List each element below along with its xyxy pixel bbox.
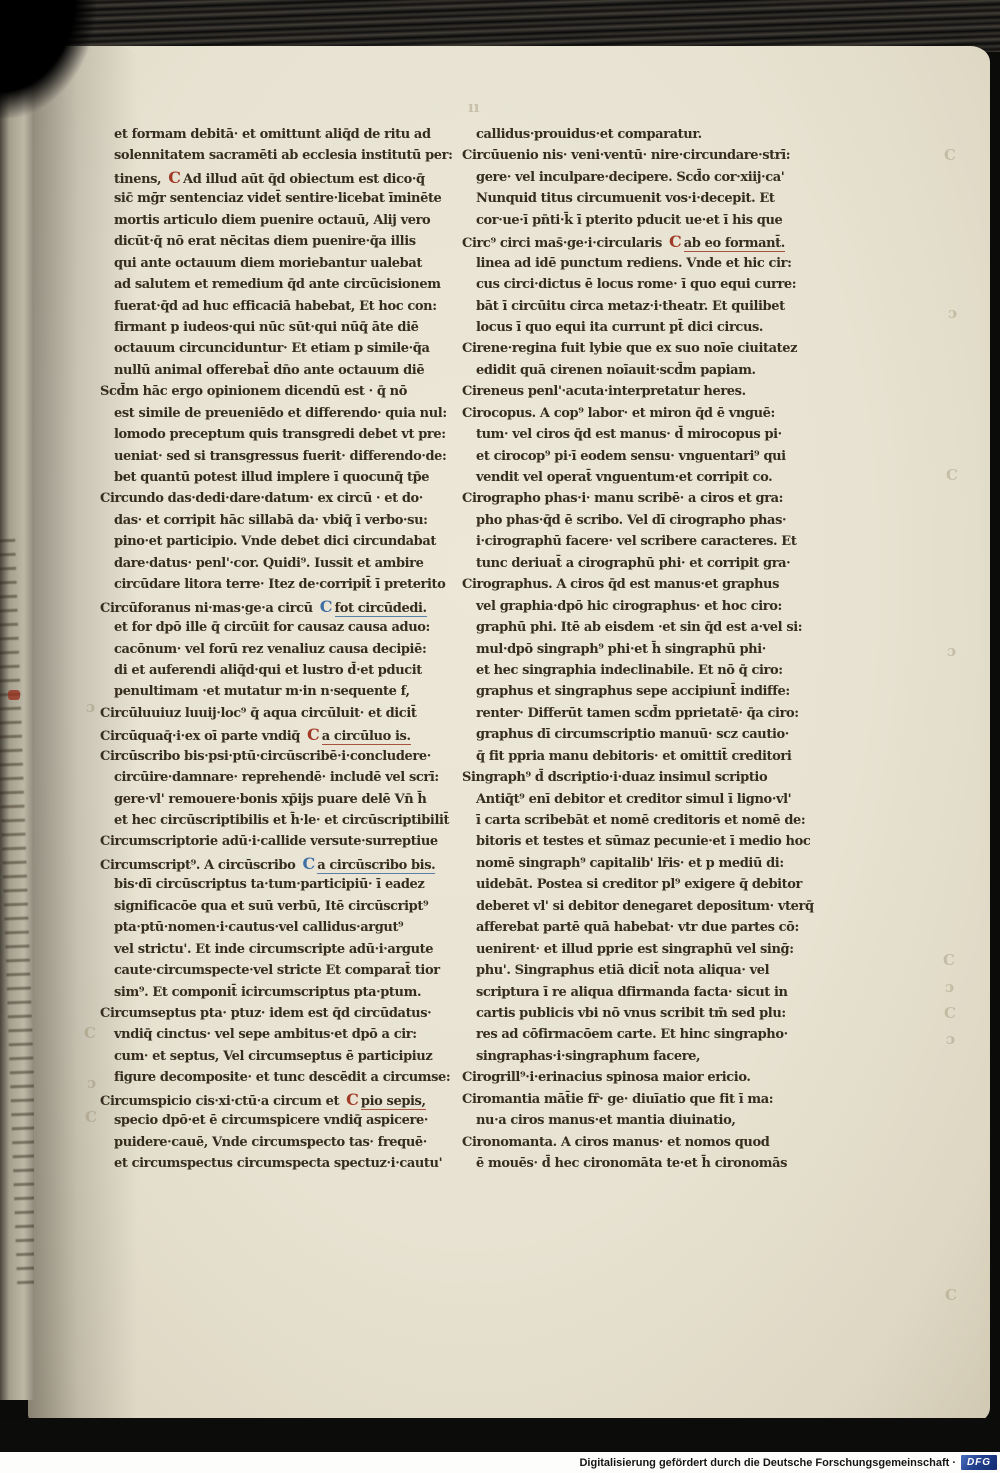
text-segment: Cireneus penl'·acuta·interpretatur heres…	[462, 384, 746, 399]
show-through-mark: C	[85, 1108, 97, 1126]
text-segment: cum· et septus, Vel circumseptus ē parti…	[114, 1049, 432, 1064]
text-segment: sic̄ mḡr sentenciaz videt̄ sentire·liceb…	[114, 191, 441, 206]
text-line: Circ⁹ circi mas̄·ge·i·circularis Cab eo …	[462, 231, 818, 252]
text-line: ad salutem et remedium q̄d ante circūcis…	[100, 274, 452, 295]
text-segment: Circumscript⁹. A circūscribo	[100, 858, 300, 873]
text-segment: ab eo formant̄.	[684, 236, 785, 252]
text-line: firmant p iudeos·qui nūc sūt·qui nūq̄ āt…	[100, 317, 452, 338]
text-segment: Circūscribo bis·psi·ptū·circūscribē·i·co…	[100, 749, 431, 764]
text-line: mortis articulo diem puenire octauū, Ali…	[100, 210, 452, 231]
text-line: est simile de preueniēdo et differendo· …	[100, 403, 452, 424]
text-line: Circumspicio cis·xi·ctū·a circum et Cpio…	[100, 1089, 452, 1110]
text-segment: bis·dī circūscriptus ta·tum·participiū· …	[114, 877, 424, 892]
text-segment: qui ante octauum diem moriebantur ualeba…	[114, 256, 422, 271]
text-segment: et formam debitā· et omittunt aliq̄d de …	[114, 127, 431, 142]
text-line: cartis publicis vbi nō vnus scribit tm̄ …	[462, 1003, 818, 1024]
text-segment: vel strictu'. Et inde circumscripte adū·…	[114, 942, 433, 957]
text-line: puidere·cauē, Vnde circumspecto tas· fre…	[100, 1132, 452, 1153]
previous-page-text-blur	[0, 528, 34, 1288]
text-segment: cacōnum· vel forū rez venaliuz causa dec…	[114, 642, 426, 657]
text-segment: ē mouēs· d̄ hec cironomāta te·et h̄ ciro…	[476, 1156, 787, 1171]
show-through-mark: C	[944, 1004, 956, 1022]
text-line: q̄ fit ppria manu debitoris· et omittit̄…	[462, 746, 818, 767]
text-line: figure decomposite· et tunc descēdit a c…	[100, 1067, 452, 1088]
text-line: Cirogrill⁹·i·erinacius spinosa maior eri…	[462, 1067, 818, 1088]
text-segment: et for dpō ille q̄ circūit for causaz ca…	[114, 620, 430, 635]
text-segment: Cironomanta. A ciros manus· et nomos quo…	[462, 1135, 769, 1150]
text-segment: graphus dī circumscriptio manuū· scz cau…	[476, 727, 789, 742]
text-segment: scriptura ī re aliqua dfirmanda facta· s…	[476, 985, 788, 1000]
show-through-mark: ɔ	[87, 1074, 96, 1092]
show-through-mark: C	[945, 1286, 957, 1304]
rubric-initial: C	[304, 725, 322, 744]
text-line: tum· vel ciros q̄d est manus· d̄ mirocop…	[462, 424, 818, 445]
previous-page-rubric-mark	[8, 690, 20, 700]
show-through-mark: C	[943, 951, 955, 969]
text-line: vndiq̄ cinctus· vel sepe ambitus·et dpō …	[100, 1024, 452, 1045]
text-segment: et hec circūscriptibilis et h̄·le· et ci…	[114, 813, 449, 828]
text-line: ē mouēs· d̄ hec cironomāta te·et h̄ ciro…	[462, 1153, 818, 1174]
text-segment: renter· Differūt tamen scd̄m pprietatē· …	[476, 706, 799, 721]
text-segment: circūdare litora terre· Itez de·corripit…	[114, 577, 445, 592]
text-segment: gere·vl' remouere·bonis xp̄ijs puare del…	[114, 792, 426, 807]
text-segment: q̄ fit ppria manu debitoris· et omittit̄…	[476, 749, 791, 764]
text-segment: Nunquid titus circumuenit vos·i·decepit.…	[476, 191, 774, 206]
text-line: Circūscribo bis·psi·ptū·circūscribē·i·co…	[100, 746, 452, 767]
show-through-mark: C	[84, 1024, 96, 1042]
text-segment: bitoris et testes et sūmaz pecunie·et ī …	[476, 834, 810, 849]
text-line: pho phas·q̄d ē scribo. Vel dī cirographo…	[462, 510, 818, 531]
text-segment: et cirocop⁹ pi·ī eodem sensu· vnguentari…	[476, 449, 786, 464]
text-segment: phu'. Singraphus etiā dicit̄ nota aliqua…	[476, 963, 769, 978]
show-through-mark: ɔ	[948, 304, 957, 322]
text-segment: Circumscriptorie adū·i·callide versute·s…	[100, 834, 438, 849]
text-line: ī carta scribebāt et nomē creditoris et …	[462, 810, 818, 831]
text-segment: nullū animal offerebat̄ dn̄o ante octauu…	[114, 363, 424, 378]
text-segment: di et auferendi aliq̄d·qui et lustro d̄·…	[114, 663, 422, 678]
text-segment: specio dpō·et ē circumspicere vndiq̄ asp…	[114, 1113, 428, 1128]
text-line: et circumspectus circumspecta spectuz·i·…	[100, 1153, 452, 1174]
text-segment: ad salutem et remedium q̄d ante circūcis…	[114, 277, 441, 292]
text-segment: figure decomposite· et tunc descēdit a c…	[114, 1070, 450, 1085]
text-line: Cirographus. A ciros q̄d est manus·et gr…	[462, 574, 818, 595]
text-segment: graphus et singraphus sepe accipiunt̄ in…	[476, 684, 790, 699]
text-segment: dare·datus· penl'·cor. Quidi⁹. Iussit et…	[114, 556, 424, 571]
text-line: Circundo das·dedi·dare·datum· ex circū ·…	[100, 488, 452, 509]
text-line: nomē singraph⁹ capitalib' lr̄is· et p me…	[462, 853, 818, 874]
text-segment: singraphas·i·singraphum facere,	[476, 1049, 700, 1064]
text-segment: gere· vel inculpare·decipere. Scd̄o cor·…	[476, 170, 784, 185]
text-segment: vendit vel operat̄ vnguentum·et corripit…	[476, 470, 772, 485]
text-line: cum· et septus, Vel circumseptus ē parti…	[100, 1046, 452, 1067]
text-segment: uenirent· et illud pprie est singraphū v…	[476, 942, 794, 957]
text-segment: lomodo preceptum quis transgredi debet v…	[114, 427, 446, 442]
text-segment: Scd̄m hāc ergo opinionem dicendū est · q…	[100, 384, 407, 399]
text-segment: pta·ptū·nomen·i·cautus·vel callidus·argu…	[114, 920, 403, 935]
text-line: et formam debitā· et omittunt aliq̄d de …	[100, 124, 452, 145]
right-text-column: callidus·prouidus·et comparatur.Circūuen…	[462, 124, 818, 1174]
text-line: res ad cōfirmacōem carte. Et hinc singra…	[462, 1024, 818, 1045]
text-segment: Cirographo phas·i· manu scribē· a ciros …	[462, 491, 783, 506]
text-segment: ueniat· sed si transgressus fuerit· diff…	[114, 449, 446, 464]
text-line: Cirene·regina fuit lybie que ex suo noīe…	[462, 338, 818, 359]
text-line: Cireneus penl'·acuta·interpretatur heres…	[462, 381, 818, 402]
text-segment: cartis publicis vbi nō vnus scribit tm̄ …	[476, 1006, 786, 1021]
text-segment: vndiq̄ cinctus· vel sepe ambitus·et dpō …	[114, 1027, 417, 1042]
text-segment: Singraph⁹ d̄ dscriptio·i·duaz insimul sc…	[462, 770, 767, 785]
text-line: renter· Differūt tamen scd̄m pprietatē· …	[462, 703, 818, 724]
text-line: vel graphia·dpō hic cirographus· et hoc …	[462, 596, 818, 617]
text-segment: solennitatem sacramēti ab ecclesia insti…	[114, 148, 453, 163]
left-text-column: et formam debitā· et omittunt aliq̄d de …	[100, 124, 452, 1174]
text-segment: pio sepis,	[361, 1094, 426, 1110]
show-through-mark: ɔ	[945, 978, 954, 996]
text-line: Antiq̄t⁹ enī debitor et creditor simul ī…	[462, 789, 818, 810]
text-line: Circumscript⁹. A circūscribo Ca circūscr…	[100, 853, 452, 874]
text-segment: Circūuenio nis· veni·ventū· nire·circund…	[462, 148, 790, 163]
text-line: Circūforanus ni·mas·ge·a circū Cfot circ…	[100, 596, 452, 617]
text-line: pino·et participio. Vnde debet dici circ…	[100, 531, 452, 552]
show-through-mark: ɔ	[946, 1030, 955, 1048]
text-line: tunc deriuat̄ a cirographū phi· et corri…	[462, 553, 818, 574]
text-line: i·cirographū facere· vel scribere caract…	[462, 531, 818, 552]
text-segment: tunc deriuat̄ a cirographū phi· et corri…	[476, 556, 790, 571]
text-segment: fot circūdedi.	[335, 601, 427, 617]
text-segment: et circumspectus circumspecta spectuz·i·…	[114, 1156, 442, 1171]
text-line: Circumscriptorie adū·i·callide versute·s…	[100, 831, 452, 852]
text-line: afferebat partē quā habebat· vtr due par…	[462, 917, 818, 938]
text-line: edidit quā cirenen noīauit·scd̄m papiam.	[462, 360, 818, 381]
text-segment: nomē singraph⁹ capitalib' lr̄is· et p me…	[476, 856, 784, 871]
text-line: Singraph⁹ d̄ dscriptio·i·duaz insimul sc…	[462, 767, 818, 788]
text-segment: Ciromantia māt̄ie fr̄· ge· diuīatio que …	[462, 1092, 773, 1107]
text-line: circūire·damnare· reprehendē· includē ve…	[100, 767, 452, 788]
text-line: cacōnum· vel forū rez venaliuz causa dec…	[100, 639, 452, 660]
text-segment: Cirene·regina fuit lybie que ex suo noīe…	[462, 341, 797, 356]
text-line: nullū animal offerebat̄ dn̄o ante octauu…	[100, 360, 452, 381]
text-line: lomodo preceptum quis transgredi debet v…	[100, 424, 452, 445]
text-line: graphus et singraphus sepe accipiunt̄ in…	[462, 681, 818, 702]
text-segment: mul·dpō singraph⁹ phi·et h̄ singraphū ph…	[476, 642, 766, 657]
text-segment: tinens,	[114, 172, 165, 187]
text-line: specio dpō·et ē circumspicere vndiq̄ asp…	[100, 1110, 452, 1131]
digitized-manuscript-photo: et formam debitā· et omittunt aliq̄d de …	[0, 0, 1000, 1473]
text-line: locus ī quo equi ita currunt pt̄ dici ci…	[462, 317, 818, 338]
text-line: et hec singraphia indeclinabile. Et nō q…	[462, 660, 818, 681]
text-line: das· et corripit hāc sillabā da· vbiq̄ ī…	[100, 510, 452, 531]
text-line: solennitatem sacramēti ab ecclesia insti…	[100, 145, 452, 166]
text-segment: Ad illud aūt q̄d obiectum est dico·q̄	[183, 172, 425, 187]
text-segment: linea ad idē punctum rediens. Vnde et hi…	[476, 256, 791, 271]
text-line: Ciromantia māt̄ie fr̄· ge· diuīatio que …	[462, 1089, 818, 1110]
text-line: cus circi·dictus ē locus rome· ī quo equ…	[462, 274, 818, 295]
text-line: sic̄ mḡr sentenciaz videt̄ sentire·liceb…	[100, 188, 452, 209]
text-segment: ī carta scribebāt et nomē creditoris et …	[476, 813, 805, 828]
text-segment: tum· vel ciros q̄d est manus· d̄ mirocop…	[476, 427, 782, 442]
text-segment: vel graphia·dpō hic cirographus· et hoc …	[476, 599, 782, 614]
text-segment: uidebāt. Postea si creditor pl⁹ exigere …	[476, 877, 802, 892]
text-segment: Circundo das·dedi·dare·datum· ex circū ·…	[100, 491, 423, 506]
text-line: bis·dī circūscriptus ta·tum·participiū· …	[100, 874, 452, 895]
text-segment: Antiq̄t⁹ enī debitor et creditor simul ī…	[476, 792, 791, 807]
text-line: singraphas·i·singraphum facere,	[462, 1046, 818, 1067]
previous-page-edge	[0, 58, 34, 1400]
text-line: significacōe qua et suū verbū, Itē circū…	[100, 896, 452, 917]
text-line: Cironomanta. A ciros manus· et nomos quo…	[462, 1132, 818, 1153]
rubric-initial: C	[317, 597, 335, 616]
text-segment: pino·et participio. Vnde debet dici circ…	[114, 534, 436, 549]
text-line: pta·ptū·nomen·i·cautus·vel callidus·argu…	[100, 917, 452, 938]
text-line: linea ad idē punctum rediens. Vnde et hi…	[462, 253, 818, 274]
text-line: et for dpō ille q̄ circūit for causaz ca…	[100, 617, 452, 638]
text-line: phu'. Singraphus etiā dicit̄ nota aliqua…	[462, 960, 818, 981]
text-line: deberet vl' si debitor denegaret deposit…	[462, 896, 818, 917]
text-line: nu·a ciros manus·et mantia diuinatio,	[462, 1110, 818, 1131]
text-line: Scd̄m hāc ergo opinionem dicendū est · q…	[100, 381, 452, 402]
text-line: mul·dpō singraph⁹ phi·et h̄ singraphū ph…	[462, 639, 818, 660]
text-line: Circumseptus pta· ptuz· idem est q̄d cir…	[100, 1003, 452, 1024]
rubric-initial: C	[300, 854, 318, 873]
text-segment: afferebat partē quā habebat· vtr due par…	[476, 920, 799, 935]
text-segment: Circumspicio cis·xi·ctū·a circum et	[100, 1094, 343, 1109]
text-line: bāt ī circūitu circa metaz·i·theatr. Et …	[462, 296, 818, 317]
text-line: cor·ue·ī pn̄ti·k̄ ī pterito pducit ue·et…	[462, 210, 818, 231]
text-line: graphū phi. Itē ab eisdem ·et sin q̄d es…	[462, 617, 818, 638]
binding-shadow-corner	[0, 0, 96, 118]
text-segment: a circūluo is.	[322, 729, 411, 745]
text-segment: dicūt·q̄ nō erat nēcitas diem puenire·q̄…	[114, 234, 416, 249]
text-segment: res ad cōfirmacōem carte. Et hinc singra…	[476, 1027, 788, 1042]
rubric-initial: C	[666, 232, 684, 251]
text-line: octauum circunciduntur· Et etiam p simil…	[100, 338, 452, 359]
text-segment: Circūquaq̄·i·ex oī parte vndiq̄	[100, 729, 304, 744]
text-segment: est simile de preueniēdo et differendo· …	[114, 406, 447, 421]
text-segment: significacōe qua et suū verbū, Itē circū…	[114, 899, 428, 914]
text-segment: octauum circunciduntur· Et etiam p simil…	[114, 341, 430, 356]
text-line: vel strictu'. Et inde circumscripte adū·…	[100, 939, 452, 960]
text-segment: nu·a ciros manus·et mantia diuinatio,	[476, 1113, 735, 1128]
rubric-initial: C	[343, 1090, 361, 1109]
text-segment: cor·ue·ī pn̄ti·k̄ ī pterito pducit ue·et…	[476, 213, 782, 228]
text-segment: pho phas·q̄d ē scribo. Vel dī cirographo…	[476, 513, 786, 528]
text-segment: Circūluuiuz luuij·loc⁹ q̄ aqua circūluit…	[100, 706, 416, 721]
text-segment: cus circi·dictus ē locus rome· ī quo equ…	[476, 277, 796, 292]
text-segment: a circūscribo bis.	[317, 858, 435, 874]
rubric-initial: C	[165, 168, 183, 187]
text-line: circūdare litora terre· Itez de·corripit…	[100, 574, 452, 595]
text-line: Circūquaq̄·i·ex oī parte vndiq̄ Ca circū…	[100, 724, 452, 745]
text-line: bitoris et testes et sūmaz pecunie·et ī …	[462, 831, 818, 852]
text-line: vendit vel operat̄ vnguentum·et corripit…	[462, 467, 818, 488]
digitization-caption: Digitalisierung gefördert durch die Deut…	[579, 1457, 956, 1469]
text-line: uidebāt. Postea si creditor pl⁹ exigere …	[462, 874, 818, 895]
digitization-caption-bar: Digitalisierung gefördert durch die Deut…	[0, 1452, 1000, 1473]
show-through-mark: ıı	[468, 98, 479, 116]
text-segment: bet quantū potest illud implere ī quocun…	[114, 470, 429, 485]
text-segment: fuerat·q̄d ad huc efficaciā habebat, Et …	[114, 299, 437, 314]
text-segment: graphū phi. Itē ab eisdem ·et sin q̄d es…	[476, 620, 802, 635]
text-segment: Circumseptus pta· ptuz· idem est q̄d cir…	[100, 1006, 431, 1021]
text-segment: das· et corripit hāc sillabā da· vbiq̄ ī…	[114, 513, 428, 528]
text-line: callidus·prouidus·et comparatur.	[462, 124, 818, 145]
show-through-mark: ɔ	[86, 698, 95, 716]
text-line: uenirent· et illud pprie est singraphū v…	[462, 939, 818, 960]
text-line: penultimam ·et mutatur m·in n·sequente f…	[100, 681, 452, 702]
book-top-edge	[0, 0, 1000, 52]
text-line: et hec circūscriptibilis et h̄·le· et ci…	[100, 810, 452, 831]
show-through-mark: ɔ	[947, 642, 956, 660]
book-bottom-shadow	[0, 1418, 1000, 1454]
text-segment: Circūforanus ni·mas·ge·a circū	[100, 601, 317, 616]
text-line: et cirocop⁹ pi·ī eodem sensu· vnguentari…	[462, 446, 818, 467]
text-line: qui ante octauum diem moriebantur ualeba…	[100, 253, 452, 274]
text-line: gere·vl' remouere·bonis xp̄ijs puare del…	[100, 789, 452, 810]
text-segment: i·cirographū facere· vel scribere caract…	[476, 534, 796, 549]
text-line: tinens, CAd illud aūt q̄d obiectum est d…	[100, 167, 452, 188]
text-line: Cirocopus. A cop⁹ labor· et miron q̄d ē …	[462, 403, 818, 424]
text-segment: callidus·prouidus·et comparatur.	[476, 127, 702, 142]
text-line: gere· vel inculpare·decipere. Scd̄o cor·…	[462, 167, 818, 188]
text-line: dicūt·q̄ nō erat nēcitas diem puenire·q̄…	[100, 231, 452, 252]
text-line: di et auferendi aliq̄d·qui et lustro d̄·…	[100, 660, 452, 681]
show-through-mark: C	[944, 146, 956, 164]
text-line: bet quantū potest illud implere ī quocun…	[100, 467, 452, 488]
text-segment: et hec singraphia indeclinabile. Et nō q…	[476, 663, 783, 678]
text-line: scriptura ī re aliqua dfirmanda facta· s…	[462, 982, 818, 1003]
text-segment: sim⁹. Et componit̄ icircumscriptus pta·p…	[114, 985, 421, 1000]
manuscript-page: et formam debitā· et omittunt aliq̄d de …	[28, 46, 990, 1434]
text-line: ueniat· sed si transgressus fuerit· diff…	[100, 446, 452, 467]
text-segment: caute·circumspecte·vel stricte Et compar…	[114, 963, 440, 978]
text-line: caute·circumspecte·vel stricte Et compar…	[100, 960, 452, 981]
dfg-logo: DFG	[961, 1455, 997, 1470]
text-segment: bāt ī circūitu circa metaz·i·theatr. Et …	[476, 299, 785, 314]
text-segment: mortis articulo diem puenire octauū, Ali…	[114, 213, 430, 228]
text-line: Circūluuiuz luuij·loc⁹ q̄ aqua circūluit…	[100, 703, 452, 724]
text-line: Nunquid titus circumuenit vos·i·decepit.…	[462, 188, 818, 209]
text-segment: deberet vl' si debitor denegaret deposit…	[476, 899, 814, 914]
text-line: sim⁹. Et componit̄ icircumscriptus pta·p…	[100, 982, 452, 1003]
text-segment: Cirocopus. A cop⁹ labor· et miron q̄d ē …	[462, 406, 775, 421]
text-segment: penultimam ·et mutatur m·in n·sequente f…	[114, 684, 410, 699]
text-line: Cirographo phas·i· manu scribē· a ciros …	[462, 488, 818, 509]
text-segment: Circ⁹ circi mas̄·ge·i·circularis	[462, 236, 666, 251]
text-segment: circūire·damnare· reprehendē· includē ve…	[114, 770, 439, 785]
text-line: Circūuenio nis· veni·ventū· nire·circund…	[462, 145, 818, 166]
text-line: fuerat·q̄d ad huc efficaciā habebat, Et …	[100, 296, 452, 317]
show-through-mark: C	[946, 466, 958, 484]
text-segment: locus ī quo equi ita currunt pt̄ dici ci…	[476, 320, 763, 335]
text-segment: Cirogrill⁹·i·erinacius spinosa maior eri…	[462, 1070, 751, 1085]
text-segment: firmant p iudeos·qui nūc sūt·qui nūq̄ āt…	[114, 320, 419, 335]
text-line: graphus dī circumscriptio manuū· scz cau…	[462, 724, 818, 745]
text-segment: edidit quā cirenen noīauit·scd̄m papiam.	[476, 363, 756, 378]
text-segment: Cirographus. A ciros q̄d est manus·et gr…	[462, 577, 779, 592]
text-segment: puidere·cauē, Vnde circumspecto tas· fre…	[114, 1135, 427, 1150]
text-line: dare·datus· penl'·cor. Quidi⁹. Iussit et…	[100, 553, 452, 574]
